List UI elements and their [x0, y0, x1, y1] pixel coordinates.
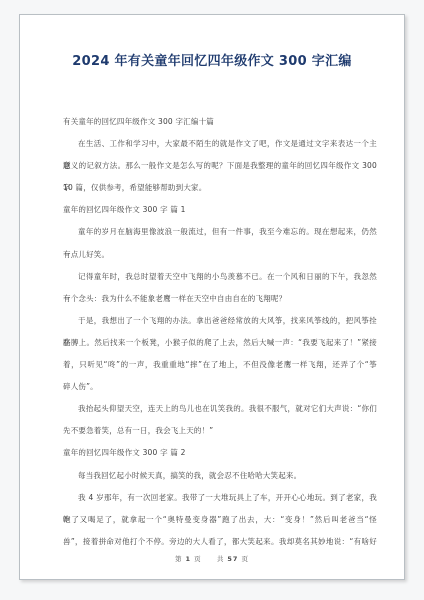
- text-line: 在生活、工作和学习中，大家最不陌生的就是作文了吧，作文是通过文字来表达一个主题: [63, 133, 377, 155]
- text-line: 一个念头：我为什么不能象老鹰一样在天空中自由自在的飞翔呢？: [63, 288, 377, 310]
- document-title: 2024 年有关童年回忆四年级作文 300 字汇编: [20, 55, 404, 69]
- footer-page-prefix: 第: [175, 555, 183, 563]
- text-line: 每当我回忆起小时候天真，搞笑的我，就会忍不住哈哈大笑起来。: [63, 465, 377, 487]
- text-line: 我 4 岁那年，有一次回老家。我带了一大堆玩具上了车，开开心心地玩。到了老家，我…: [63, 487, 377, 509]
- text-line: 记得童年时，我总时望着天空中飞翔的小鸟羡慕不已。在一个风和日丽的下午，我忽然有: [63, 266, 377, 288]
- footer-page-suffix: 页: [194, 555, 202, 563]
- footer-total-suffix: 页: [242, 555, 250, 563]
- document-lines: 有关童年的回忆四年级作文 300 字汇编十篇在生活、工作和学习中，大家最不陌生的…: [63, 111, 377, 553]
- text-line: 童年的回忆四年级作文 300 字 篇 1: [63, 199, 377, 221]
- text-line: 胳膊上。然后找来一个板凳，小猴子似的爬了上去，然后大喊一声：“我要飞起来了！”紧…: [63, 332, 377, 354]
- document-viewer: 2024 年有关童年回忆四年级作文 300 字汇编 有关童年的回忆四年级作文 3…: [0, 0, 424, 600]
- text-line: 碎人伤”。: [63, 376, 377, 398]
- text-line: 于是，我想出了一个飞翔的办法。拿出爸爸经常放的大风筝，找来风筝线的，把风筝拴在: [63, 310, 377, 332]
- text-line: 有关童年的回忆四年级作文 300 字汇编十篇: [63, 111, 377, 133]
- page-footer: 第 1 页 共 57 页: [20, 554, 404, 563]
- text-line: 10 篇，仅供参考，希望能够帮助到大家。: [63, 177, 377, 199]
- text-line: 兽”，接着拼命对他打个不停。旁边的大人看了，都大笑起来。我却莫名其妙地说：“有啥…: [63, 531, 377, 553]
- text-line: 着，只听见“咚”的一声，我重重地“摔”在了地上，不但没像老鹰一样飞翔，还弄了个“…: [63, 354, 377, 376]
- text-line: 童年的岁月在脑海里像波浪一般流过，但有一件事，我至今难忘的。现在想起来，仍然有: [63, 221, 377, 243]
- text-line: 饱了又喝足了，就拿起一个“奥特曼变身器”跑了出去，大：“变身！”然后叫老爸当“怪: [63, 509, 377, 531]
- document-page: 2024 年有关童年回忆四年级作文 300 字汇编 有关童年的回忆四年级作文 3…: [19, 14, 405, 580]
- text-line: 先不要急着笑，总有一日，我会飞上天的！”: [63, 420, 377, 442]
- footer-total-number: 57: [227, 555, 238, 563]
- footer-page-number: 1: [186, 555, 192, 563]
- text-line: 意义的记叙方法。那么一般作文是怎么写的呢？下面是我整理的童年的回忆四年级作文 3…: [63, 155, 377, 177]
- text-line: 童年的回忆四年级作文 300 字 篇 2: [63, 442, 377, 464]
- text-line: 我抬起头仰望天空，连天上的鸟儿也在讥笑我的。我很不服气，就对它们大声说：“你们: [63, 398, 377, 420]
- footer-total-prefix: 共: [217, 555, 225, 563]
- text-line: 一点儿好笑。: [63, 244, 377, 266]
